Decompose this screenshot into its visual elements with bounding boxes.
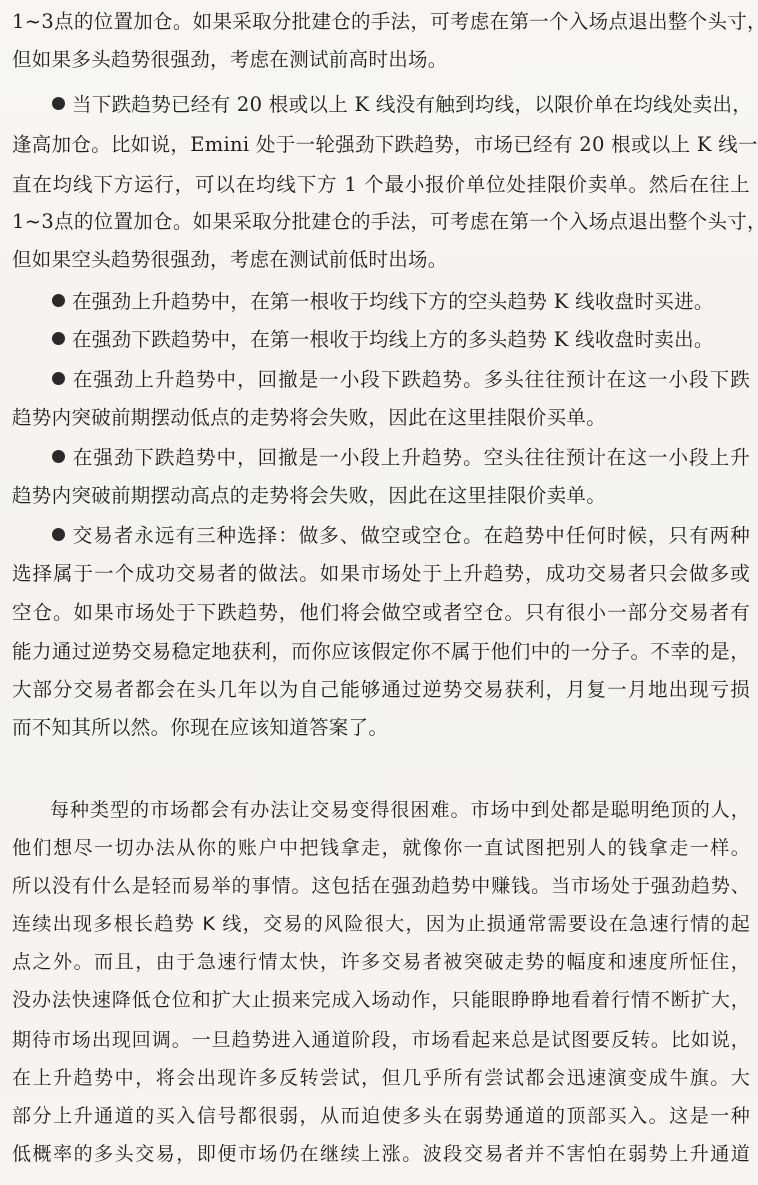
bullet-icon [52,450,65,463]
bullet-icon [52,97,65,110]
bullet-item-line: 交易者永远有三种选择：做多、做空或空仓。在趋势中任何时候，只有两种 [52,521,750,551]
text-line: 能力通过逆势交易稳定地获利，而你应该假定你不属于他们中的一分子。不幸的是， [12,637,750,667]
bullet-text: 当下跌趋势已经有 20 根或以上 K 线没有触到均线，以限价单在均线处卖出， [72,93,752,116]
book-page: 1~3点的位置加仓。如果采取分批建仓的手法，可考虑在第一个入场点退出整个头寸， … [0,0,758,1185]
bullet-item-line: 在强劲下跌趋势中，回撤是一小段上升趋势。空头往往预计在这一小段上升 [52,443,750,473]
text-line: 直在均线下方运行，可以在均线下方 1 个最小报价单位处挂限价卖单。然后在往上 [12,170,750,200]
bullet-icon [52,372,65,385]
text-line: 部分上升通道的买入信号都很弱，从而迫使多头在弱势通道的顶部买入。这是一种 [12,1101,750,1131]
bullet-text: 在强劲下跌趋势中，回撤是一小段上升趋势。空头往往预计在这一小段上升 [72,446,750,469]
bullet-item-line: 在强劲下跌趋势中，在第一根收于均线上方的多头趋势 K 线收盘时卖出。 [52,325,750,355]
text-line: 所以没有什么是轻而易举的事情。这包括在强劲趋势中赚钱。当市场处于强劲趋势、 [12,871,750,901]
text-line: 连续出现多根长趋势 K 线，交易的风险很大，因为止损通常需要设在急速行情的起 [12,909,750,939]
text-line: 趋势内突破前期摆动高点的走势将会失败，因此在这里挂限价卖单。 [12,481,750,511]
bullet-item-line: 在强劲上升趋势中，回撤是一小段下跌趋势。多头往往预计在这一小段下跌 [52,365,750,395]
text-line: 1~3点的位置加仓。如果采取分批建仓的手法，可考虑在第一个入场点退出整个头寸， [12,7,750,37]
text-line: 趋势内突破前期摆动低点的走势将会失败，因此在这里挂限价买单。 [12,403,750,433]
bullet-item-line: 当下跌趋势已经有 20 根或以上 K 线没有触到均线，以限价单在均线处卖出， [52,90,750,120]
bullet-icon [52,294,65,307]
bullet-icon [52,528,65,541]
bullet-text: 在强劲上升趋势中，在第一根收于均线下方的空头趋势 K 线收盘时买进。 [72,290,714,313]
text-line: 但如果空头趋势很强劲，考虑在测试前低时出场。 [12,245,750,275]
bullet-text: 在强劲上升趋势中，回撤是一小段下跌趋势。多头往往预计在这一小段下跌 [72,368,750,391]
text-line: 期待市场出现回调。一旦趋势进入通道阶段，市场看起来总是试图要反转。比如说， [12,1025,750,1055]
text-line: 空仓。如果市场处于下跌趋势，他们将会做空或者空仓。只有很小一部分交易者有 [12,598,750,628]
text-line: 低概率的多头交易，即便市场仍在继续上涨。波段交易者并不害怕在弱势上升通道 [12,1139,750,1169]
text-line: 但如果多头趋势很强劲，考虑在测试前高时出场。 [12,45,750,75]
text-line: 选择属于一个成功交易者的做法。如果市场处于上升趋势，成功交易者只会做多或 [12,559,750,589]
text-line: 在上升趋势中，将会出现许多反转尝试，但几乎所有尝试都会迅速演变成牛旗。大 [12,1063,750,1093]
text-line: 1~3点的位置加仓。如果采取分批建仓的手法，可考虑在第一个入场点退出整个头寸， [12,207,750,237]
text-line: 点之外。而且，由于急速行情太快，许多交易者被突破走势的幅度和速度所怔住， [12,947,750,977]
bullet-icon [52,332,65,345]
bullet-text: 在强劲下跌趋势中，在第一根收于均线上方的多头趋势 K 线收盘时卖出。 [72,328,714,351]
text-line: 他们想尽一切办法从你的账户中把钱拿走，就像你一直试图把别人的钱拿走一样。 [12,833,750,863]
text-line: 逢高加仓。比如说，Emini 处于一轮强劲下跌趋势，市场已经有 20 根或以上 … [12,130,750,160]
text-line: 没办法快速降低仓位和扩大止损来完成入场动作，只能眼睁睁地看着行情不断扩大， [12,985,750,1015]
bullet-text: 交易者永远有三种选择：做多、做空或空仓。在趋势中任何时候，只有两种 [72,524,750,547]
text-line: 每种类型的市场都会有办法让交易变得很困难。市场中到处都是聪明绝顶的人， [50,795,750,825]
text-line: 而不知其所以然。你现在应该知道答案了。 [12,713,750,743]
bullet-item-line: 在强劲上升趋势中，在第一根收于均线下方的空头趋势 K 线收盘时买进。 [52,287,750,317]
text-line: 大部分交易者都会在头几年以为自己能够通过逆势交易获利，月复一月地出现亏损 [12,675,750,705]
